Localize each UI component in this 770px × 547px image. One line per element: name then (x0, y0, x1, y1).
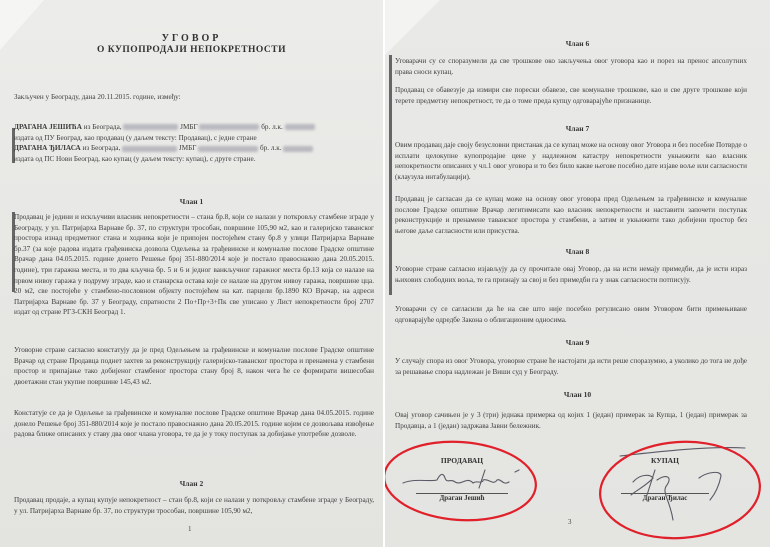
signature-overlay (385, 0, 770, 547)
article-2-paragraph-1: Продавац продаје, а купац купује непокре… (14, 495, 374, 516)
page-number: 1 (188, 525, 192, 533)
article-1-heading: Члан 1 (0, 197, 383, 206)
redacted-jmbg (198, 146, 258, 152)
article-1-paragraph-2: Уговорне стране сагласно констатују да ј… (14, 345, 374, 387)
redacted-address (123, 124, 178, 130)
article-2-heading: Члан 2 (0, 479, 383, 488)
seller-name: ДРАГАНА ЈЕШИЋА (14, 123, 82, 131)
seller-signature-scribble (403, 470, 519, 488)
buyer-name: ДРАГАНА ЂИЛАСА (14, 144, 81, 152)
contract-page-3: Члан 6 Уговарачи су се споразумели да св… (385, 0, 770, 547)
buyer-highlight-ellipse (597, 437, 763, 544)
contract-intro: Закључен у Београду, дана 20.11.2015. го… (14, 92, 354, 103)
redacted-address (122, 146, 177, 152)
article-1-paragraph-1: Продавац је једини и искључиви власник н… (14, 212, 374, 318)
document-title: УГОВОР (0, 33, 383, 44)
contract-page-1: УГОВОР О КУПОПРОДАЈИ НЕПОКРЕТНОСТИ Закљу… (0, 0, 383, 547)
redacted-id-number (285, 124, 315, 130)
redacted-jmbg (199, 124, 259, 130)
party-seller: ДРАГАНА ЈЕШИЋА из Београда, ЈМБГ бр. л.к… (14, 122, 369, 164)
document-subtitle: О КУПОПРОДАЈИ НЕПОКРЕТНОСТИ (0, 45, 383, 55)
article-1-paragraph-3: Констатује се да је Одељење за грађевинс… (14, 408, 374, 440)
buyer-signature-scribble (620, 448, 745, 520)
redacted-id-number (283, 146, 313, 152)
